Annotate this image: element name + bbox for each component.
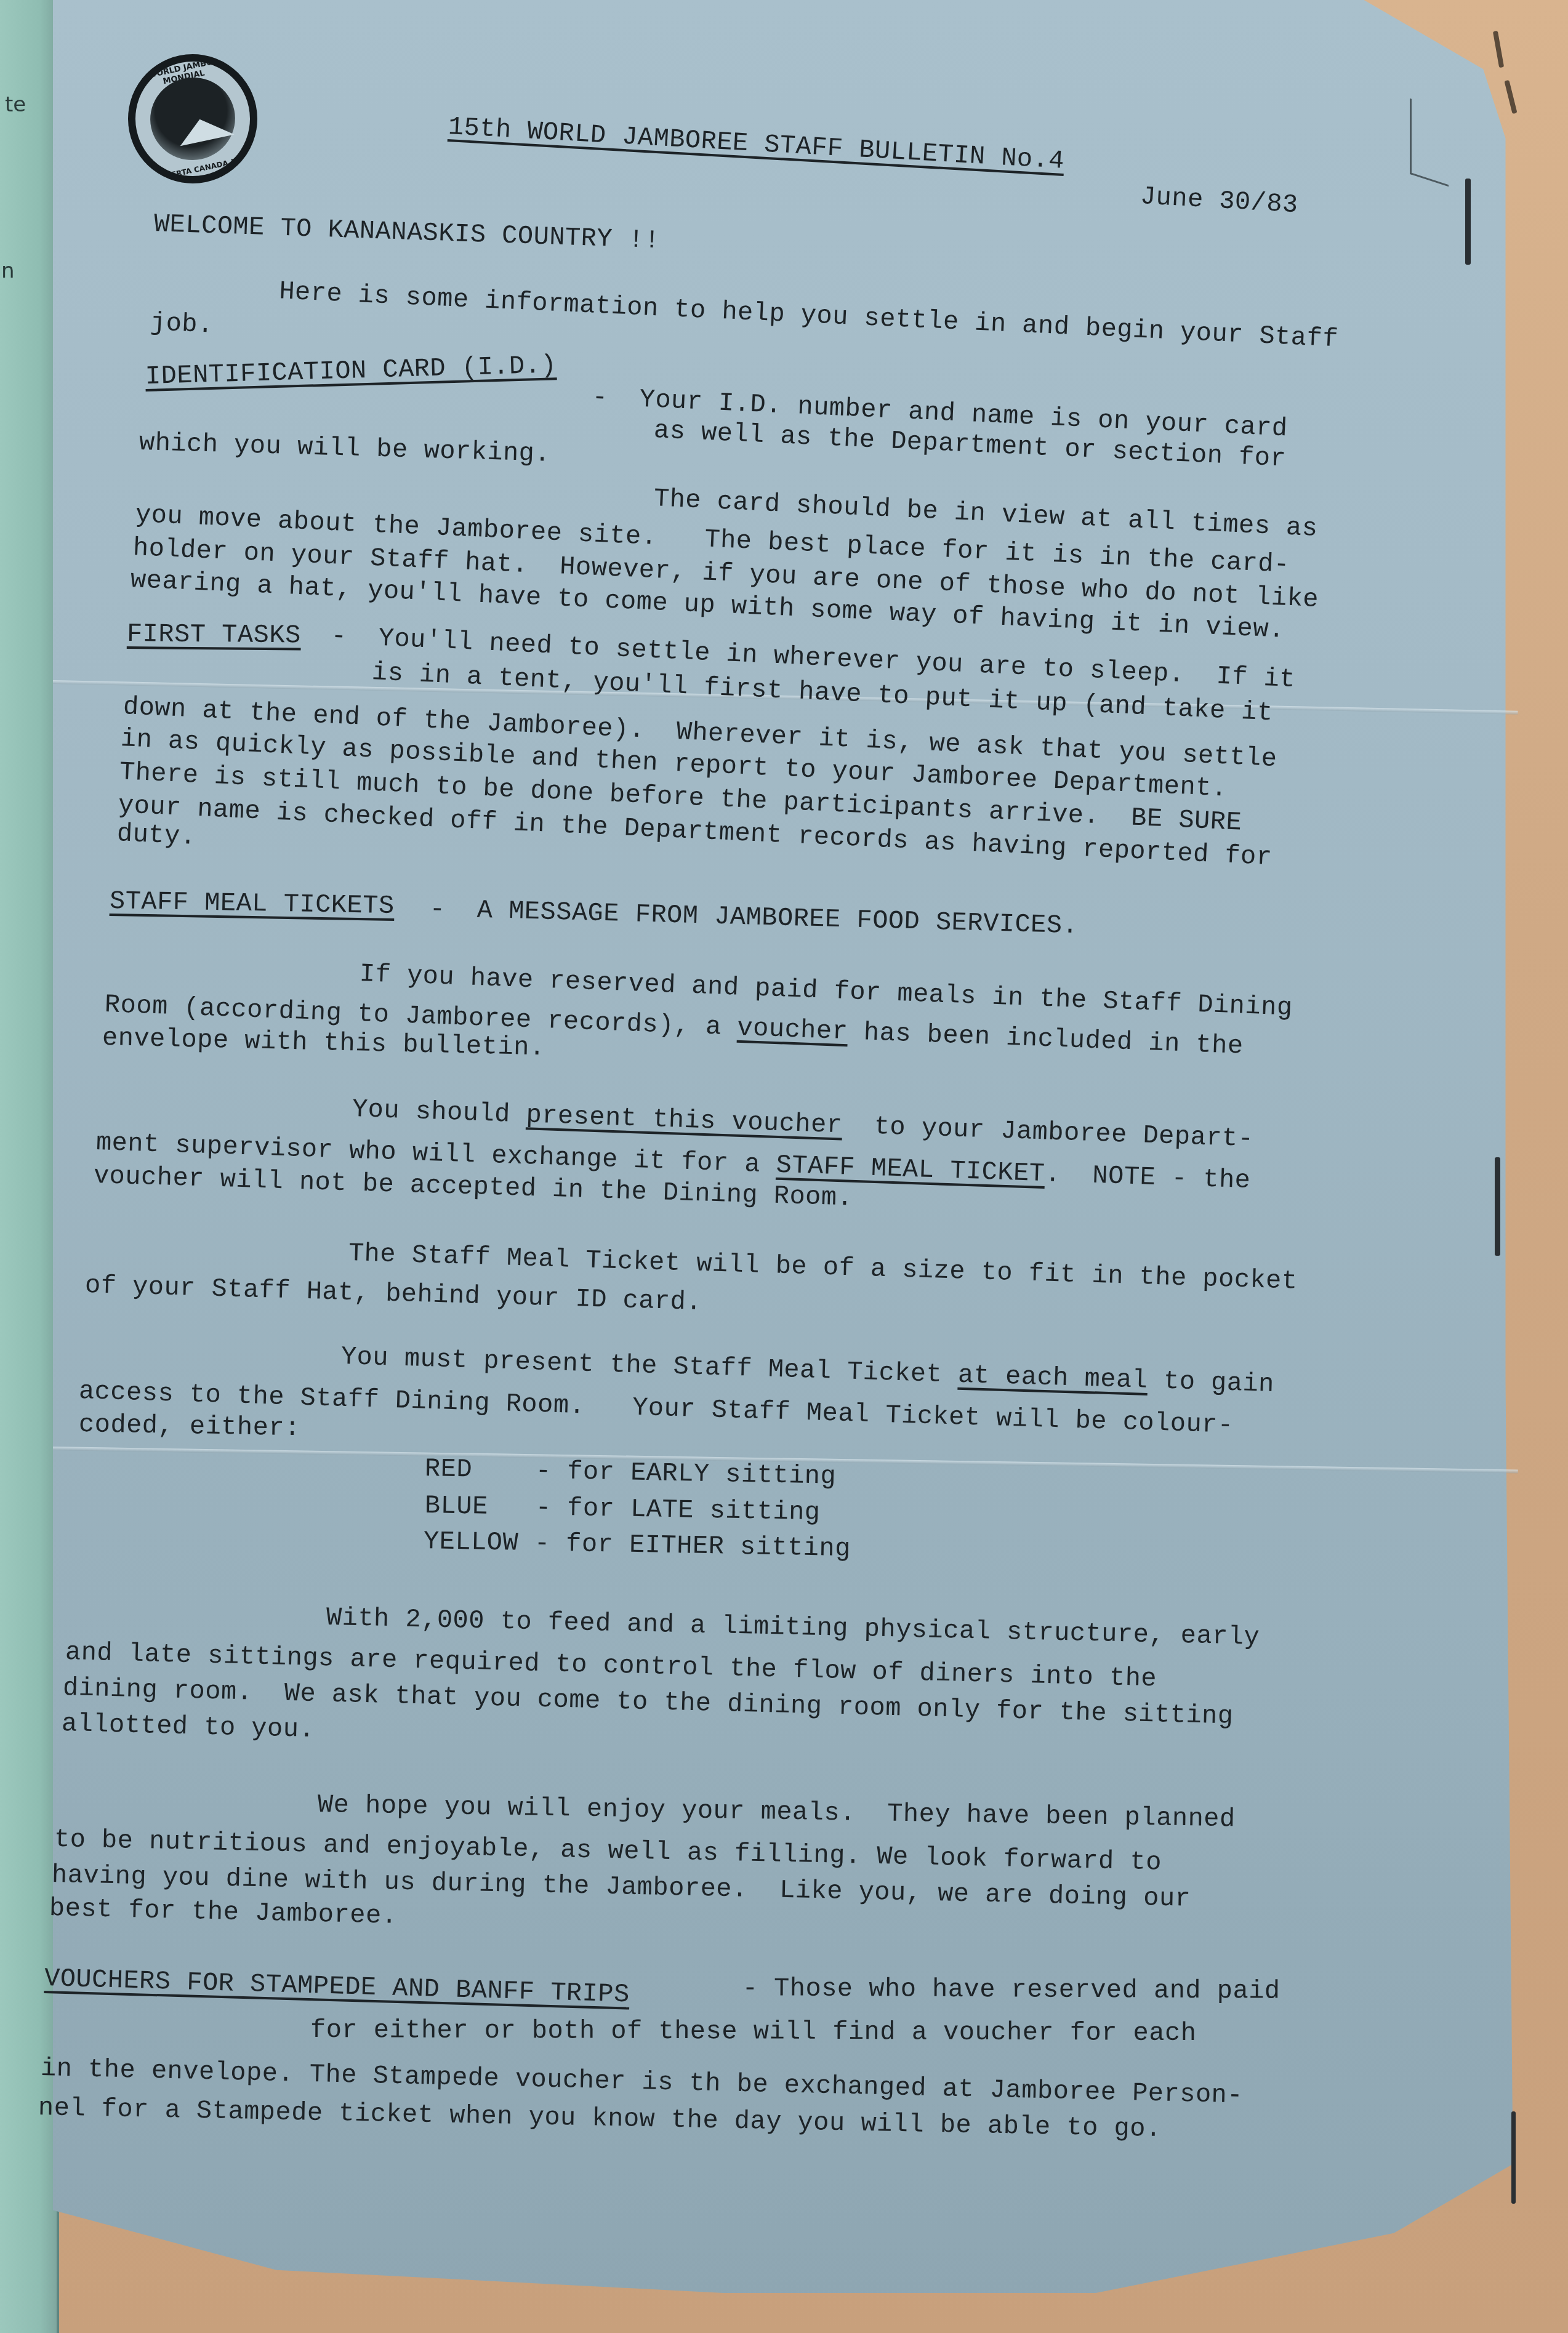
colour-code-row: BLUE - for LATE sitting	[425, 1491, 821, 1527]
vouchers-line: for either or both of these will find a …	[310, 2015, 1197, 2048]
colour-code-blue: BLUE	[425, 1491, 520, 1522]
section-heading-vouchers: VOUCHERS FOR STAMPEDE AND BANFF TRIPS	[44, 1964, 630, 2010]
meal-para-line: of your Staff Hat, behind your ID card.	[84, 1271, 702, 1317]
meal-tickets-subheading: - A MESSAGE FROM JAMBOREE FOOD SERVICES.	[413, 894, 1078, 941]
colour-code-row: RED - for EARLY sitting	[425, 1454, 837, 1492]
greeting-heading: WELCOME TO KANANASKIS COUNTRY !!	[153, 209, 661, 255]
bulletin-content: 15 WORLD JAMBOREE MONDIAL ALBERTA CANADA…	[0, 0, 1568, 2333]
vouchers-line: - Those who have reserved and paid	[726, 1974, 1281, 2006]
meal-para-line: best for the Jamboree.	[49, 1893, 397, 1931]
section-heading-first-tasks: FIRST TASKS	[127, 619, 301, 650]
meal-para-line: coded, either:	[79, 1410, 301, 1443]
intro-line: job.	[150, 308, 214, 340]
bulletin-title: 15th WORLD JAMBOREE STAFF BULLETIN No.4	[448, 112, 1066, 176]
colour-code-yellow: YELLOW	[424, 1527, 519, 1558]
at-each-meal-emphasis: at each meal	[957, 1360, 1148, 1395]
meal-para-line: With 2,000 to feed and a limiting physic…	[326, 1603, 1260, 1652]
present-voucher-emphasis: present this voucher	[526, 1100, 843, 1140]
colour-code-red: RED	[425, 1454, 520, 1485]
bulletin-date: June 30/83	[1140, 182, 1299, 220]
jamboree-emblem-icon: 15 WORLD JAMBOREE MONDIAL ALBERTA CANADA…	[116, 42, 269, 195]
section-heading-meal-tickets: STAFF MEAL TICKETS	[110, 886, 395, 921]
section-heading-id-card: IDENTIFICATION CARD (I.D.)	[145, 350, 557, 392]
meal-para-line: We hope you will enjoy your meals. They …	[318, 1790, 1236, 1834]
id-card-line: which you will be working.	[139, 428, 550, 469]
colour-code-row: YELLOW - for EITHER sitting	[424, 1527, 851, 1564]
first-tasks-line: duty.	[116, 819, 197, 852]
voucher-emphasis: voucher	[737, 1013, 849, 1047]
intro-line: Here is some information to help you set…	[152, 271, 1339, 354]
meal-para-line: allotted to you.	[61, 1709, 315, 1745]
